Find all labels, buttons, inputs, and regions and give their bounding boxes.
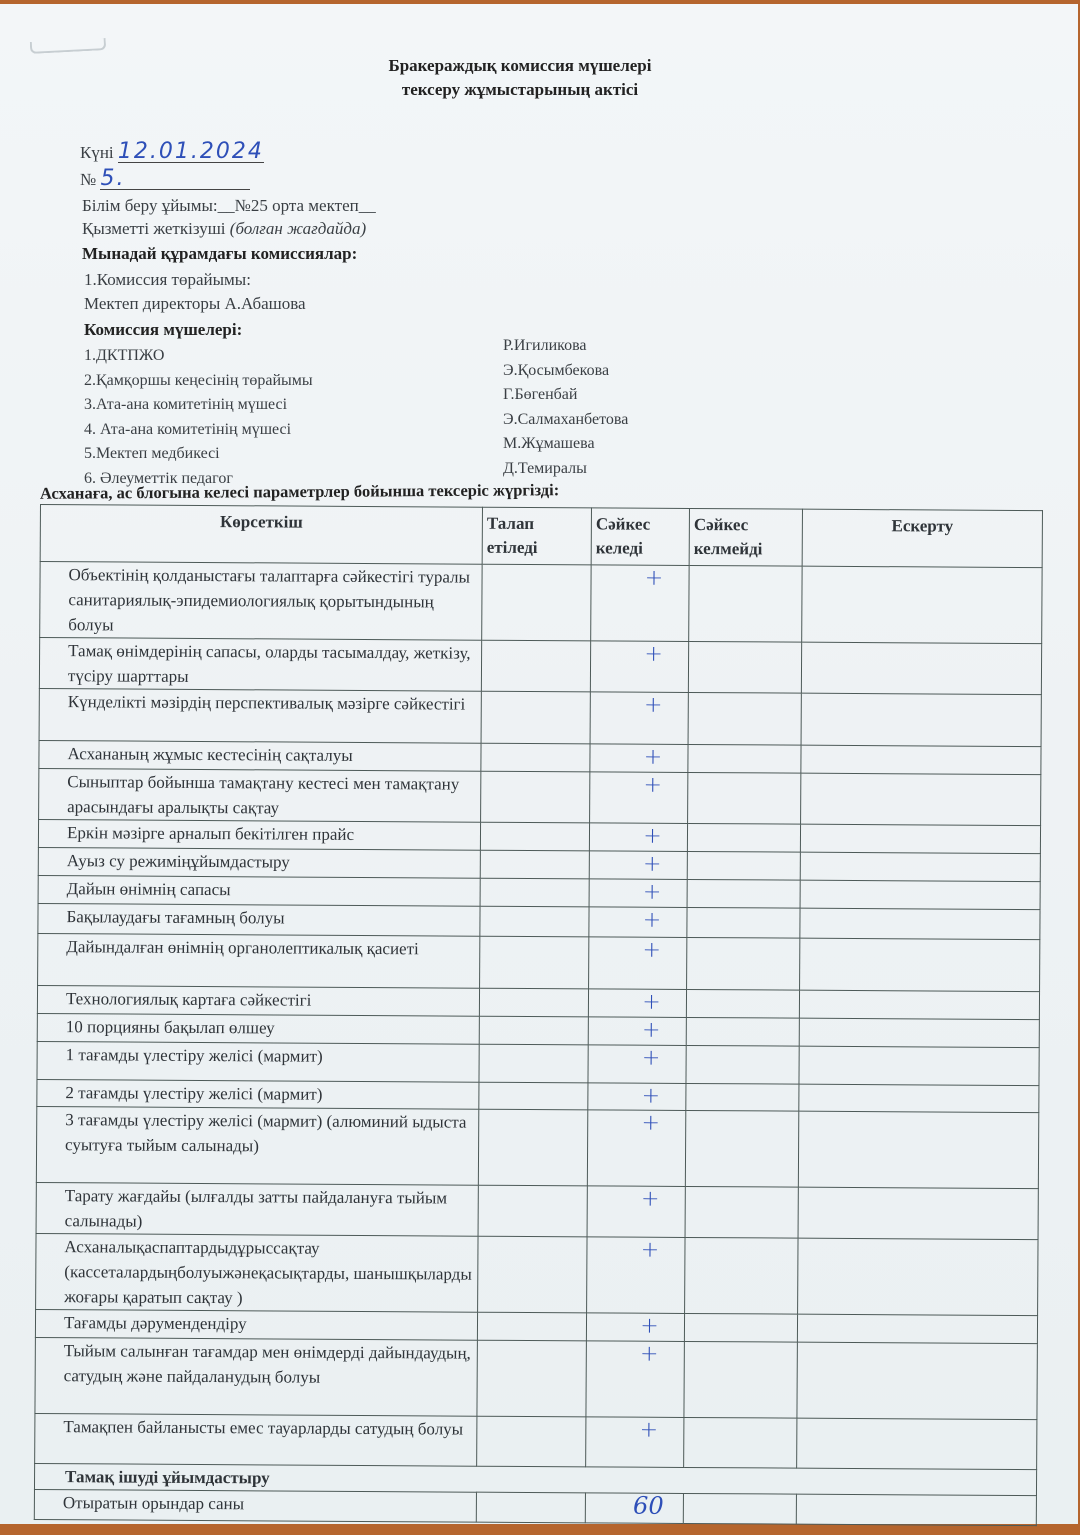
note-cell xyxy=(800,824,1040,853)
indicator-cell-text: 3 тағамды үлестіру желісі (мармит) (алюм… xyxy=(65,1110,466,1155)
number-label: № xyxy=(80,170,96,189)
check-mark: + xyxy=(642,990,661,1015)
note-cell xyxy=(802,566,1042,643)
compliant-cell: + xyxy=(589,879,687,908)
indicator-cell: Асхананың жұмыс кестесінің сақталуы xyxy=(39,740,481,771)
date-field: Күні 12.01.2024 xyxy=(80,142,264,163)
note-cell xyxy=(798,1111,1038,1188)
indicator-cell-text: Технологиялық картаға сәйкестігі xyxy=(66,989,312,1009)
compliant-cell: + xyxy=(588,1045,686,1084)
indicator-cell-text: Дайын өнімнің сапасы xyxy=(67,879,231,899)
compliant-cell: + xyxy=(587,1186,685,1238)
compliant-cell: + xyxy=(591,565,689,642)
member-name: Р.Игиликова xyxy=(503,337,628,362)
table-row: Асханалықаспаптардыдұрыссақтау (кассетал… xyxy=(36,1233,1038,1315)
member-role: 4. Ата-ана комитетінің мүшесі xyxy=(84,421,313,446)
compliant-cell: + xyxy=(590,692,688,745)
noncompliant-cell xyxy=(688,772,801,824)
compliant-cell: + xyxy=(589,907,687,938)
member-role: 5.Мектеп медбикесі xyxy=(84,445,313,470)
noncompliant-cell xyxy=(683,1493,796,1524)
required-cell xyxy=(480,822,589,851)
indicator-cell: Бақылаудағы тағамның болуы xyxy=(38,903,480,936)
noncompliant-cell xyxy=(687,879,800,908)
note-cell xyxy=(800,880,1040,909)
member-name: М.Жұмашева xyxy=(503,435,628,460)
noncompliant-cell xyxy=(687,851,800,880)
check-mark: + xyxy=(644,693,663,718)
table-row: Күнделікті мәзірдің перспективалық мәзір… xyxy=(39,688,1041,746)
indicator-cell: Тарату жағдайы (ылғалды затты пайдалануғ… xyxy=(36,1182,478,1236)
required-cell xyxy=(480,936,589,989)
required-cell xyxy=(478,1109,587,1186)
member-role: 2.Қамқоршы кеңесінің төрайымы xyxy=(84,372,313,397)
note-cell xyxy=(798,1238,1038,1315)
table-row: Сыныптар бойынша тамақтану кестесі мен т… xyxy=(39,768,1041,825)
composition-heading: Мынадай құрамдағы комиссиялар: xyxy=(82,244,357,264)
indicator-cell-text: 10 порцияны бақылап өлшеу xyxy=(66,1017,275,1037)
indicator-cell: Еркін мәзірге арналып бекітілген прайс xyxy=(38,819,480,850)
org-field: Білім беру ұйымы:__№25 орта мектеп__ xyxy=(82,196,376,216)
noncompliant-cell xyxy=(685,1237,798,1314)
note-cell xyxy=(798,1187,1038,1239)
indicator-cell-text: 1 тағамды үлестіру желісі (мармит) xyxy=(66,1045,323,1066)
staple-mark xyxy=(30,38,107,54)
table-header-row: Көрсеткіш Талап етіледі Сәйкес келеді Сә… xyxy=(40,505,1042,568)
required-cell xyxy=(481,640,590,692)
noncompliant-cell xyxy=(684,1341,797,1418)
table-row: Объектінің қолданыстағы талаптарға сәйке… xyxy=(40,562,1042,644)
indicator-cell-text: Тамақ өнімдерінің сапасы, оларды тасымал… xyxy=(68,641,471,686)
inspection-table: Көрсеткіш Талап етіледі Сәйкес келеді Сә… xyxy=(34,504,1043,1526)
note-cell xyxy=(800,908,1040,939)
params-heading: Асханаға, ас блогына келесі параметрлер … xyxy=(40,480,559,504)
note-cell xyxy=(797,1342,1037,1419)
note-cell xyxy=(799,1018,1039,1047)
compliant-cell: + xyxy=(587,1237,685,1314)
indicator-cell-text: Тарату жағдайы (ылғалды затты пайдалануғ… xyxy=(65,1186,448,1230)
noncompliant-cell xyxy=(688,641,801,693)
member-role: 3.Ата-ана комитетінің мүшесі xyxy=(84,396,313,421)
member-role: 1.ДКТПЖО xyxy=(84,347,313,372)
noncompliant-cell xyxy=(688,692,801,745)
compliant-cell: + xyxy=(589,823,687,852)
noncompliant-cell xyxy=(685,1186,798,1238)
provider-field: Қызметті жеткізуші (болған жағдайда) xyxy=(82,219,366,239)
compliant-cell: + xyxy=(588,1083,686,1111)
indicator-cell: Дайындалған өнімнің органолептикалық қас… xyxy=(38,933,480,988)
member-names: Р.Игиликова Э.Қосымбекова Г.Бөгенбай Э.С… xyxy=(503,337,628,484)
indicator-cell-text: Асханалықаспаптардыдұрыссақтау (кассетал… xyxy=(64,1237,472,1307)
indicator-cell-text: Тағамды дәрумендендіру xyxy=(64,1313,247,1333)
table-row: 3 тағамды үлестіру желісі (мармит) (алюм… xyxy=(36,1106,1038,1188)
indicator-cell: 2 тағамды үлестіру желісі (мармит) xyxy=(37,1079,479,1109)
indicator-cell: 10 порцияны бақылап өлшеу xyxy=(37,1013,479,1044)
note-cell xyxy=(800,852,1040,881)
header-noncompliant: Сәйкес келмейді xyxy=(689,508,802,566)
compliant-cell: + xyxy=(586,1341,684,1418)
required-cell xyxy=(481,743,590,772)
table-row: 1 тағамды үлестіру желісі (мармит)+ xyxy=(37,1041,1039,1085)
indicator-cell-text: Дайындалған өнімнің органолептикалық қас… xyxy=(66,937,419,958)
noncompliant-cell xyxy=(686,1083,799,1111)
member-roles: 1.ДКТПЖО 2.Қамқоршы кеңесінің төрайымы 3… xyxy=(84,347,313,494)
document-title-line1: Бракераждық комиссия мүшелері xyxy=(0,56,1040,76)
required-cell xyxy=(479,1016,588,1045)
note-cell xyxy=(801,745,1041,774)
indicator-cell: Күнделікті мәзірдің перспективалық мәзір… xyxy=(39,688,481,743)
header-required: Талап етіледі xyxy=(482,507,591,565)
indicator-cell-text: Күнделікті мәзірдің перспективалық мәзір… xyxy=(68,692,466,713)
member-name: Г.Бөгенбай xyxy=(503,386,628,411)
indicator-cell-text: Сыныптар бойынша тамақтану кестесі мен т… xyxy=(67,772,459,817)
noncompliant-cell xyxy=(685,1110,798,1187)
note-cell xyxy=(801,773,1041,825)
noncompliant-cell xyxy=(686,1045,799,1084)
required-cell xyxy=(477,1312,586,1341)
compliant-cell: + xyxy=(590,641,688,693)
chair-value: Мектеп директоры А.Абашова xyxy=(84,294,306,314)
indicator-cell-text: Тыйым салынған тағамдар мен өнімдерді да… xyxy=(64,1341,471,1387)
indicator-cell: Дайын өнімнің сапасы xyxy=(38,875,480,906)
note-cell xyxy=(800,938,1040,991)
indicator-cell: Объектінің қолданыстағы талаптарға сәйке… xyxy=(40,562,482,641)
table-row: Тарату жағдайы (ылғалды затты пайдалануғ… xyxy=(36,1182,1038,1239)
indicator-cell: Отыратын орындар саны xyxy=(34,1489,476,1522)
compliant-cell: + xyxy=(587,1110,685,1187)
document-title-line2: тексеру жұмыстарының актісі xyxy=(0,80,1040,100)
check-mark: + xyxy=(643,824,662,849)
required-cell xyxy=(479,988,588,1017)
header-compliant: Сәйкес келеді xyxy=(591,508,689,566)
required-cell xyxy=(479,1082,588,1110)
check-mark: + xyxy=(644,642,663,667)
member-name: Э.Салмаханбетова xyxy=(503,411,628,436)
noncompliant-cell xyxy=(687,937,800,990)
noncompliant-cell xyxy=(688,744,801,773)
noncompliant-cell xyxy=(686,1017,799,1046)
check-mark: + xyxy=(642,1018,661,1043)
check-mark: + xyxy=(644,745,663,770)
required-cell xyxy=(476,1492,585,1523)
indicator-cell: 1 тағамды үлестіру желісі (мармит) xyxy=(37,1041,479,1082)
header-indicator: Көрсеткіш xyxy=(40,505,482,565)
compliant-cell: + xyxy=(589,851,687,880)
indicator-cell: Тамақ өнімдерінің сапасы, оларды тасымал… xyxy=(39,638,481,692)
indicator-cell-text: Тамақпен байланысты емес тауарларды сату… xyxy=(63,1417,463,1438)
compliant-cell: + xyxy=(586,1313,684,1342)
indicator-cell-text: 2 тағамды үлестіру желісі (мармит) xyxy=(65,1083,322,1104)
check-mark: + xyxy=(643,852,662,877)
compliant-cell: + xyxy=(586,1417,684,1468)
indicator-cell: Ауыз су режиміңұйымдастыру xyxy=(38,847,480,878)
noncompliant-cell xyxy=(684,1417,797,1468)
indicator-cell: Асханалықаспаптардыдұрыссақтау (кассетал… xyxy=(36,1233,478,1312)
required-cell xyxy=(480,906,589,937)
member-name: Э.Қосымбекова xyxy=(503,362,628,387)
required-cell xyxy=(479,1044,588,1083)
date-value: 12.01.2024 xyxy=(118,142,264,163)
org-value: __№25 орта мектеп__ xyxy=(218,196,376,215)
indicator-cell: 3 тағамды үлестіру желісі (мармит) (алюм… xyxy=(36,1106,478,1185)
noncompliant-cell xyxy=(687,823,800,852)
noncompliant-cell xyxy=(689,565,802,642)
required-cell xyxy=(478,1185,587,1237)
indicator-cell: Тағамды дәрумендендіру xyxy=(35,1309,477,1340)
indicator-cell: Тамақпен байланысты емес тауарларды сату… xyxy=(35,1413,477,1466)
indicator-cell-text: Еркін мәзірге арналып бекітілген прайс xyxy=(67,823,354,844)
check-mark: + xyxy=(641,1187,660,1212)
required-cell xyxy=(481,691,590,744)
number-value: 5. xyxy=(100,169,250,190)
indicator-cell-text: Бақылаудағы тағамның болуы xyxy=(66,907,284,927)
compliant-cell: + xyxy=(588,1017,686,1046)
check-mark: + xyxy=(642,938,661,963)
table-row: Тыйым салынған тағамдар мен өнімдерді да… xyxy=(35,1337,1037,1419)
required-cell xyxy=(480,878,589,907)
table-row: Тамақ өнімдерінің сапасы, оларды тасымал… xyxy=(39,638,1041,695)
note-cell xyxy=(799,990,1039,1019)
provider-note: (болған жағдайда) xyxy=(230,219,366,238)
compliant-cell: + xyxy=(590,744,688,773)
document-page: Бракераждық комиссия мүшелері тексеру жұ… xyxy=(0,4,1078,1524)
check-mark: + xyxy=(640,1314,659,1339)
check-mark: + xyxy=(643,908,662,933)
check-mark: + xyxy=(640,1342,659,1367)
check-mark: + xyxy=(641,1111,660,1136)
check-mark: + xyxy=(643,773,662,798)
check-mark: + xyxy=(645,566,664,591)
table-row: Тамақпен байланысты емес тауарларды сату… xyxy=(35,1413,1037,1469)
check-mark: + xyxy=(642,1046,661,1071)
seat-count-value: 60 xyxy=(633,1492,664,1520)
compliant-cell: + xyxy=(590,772,688,824)
org-label: Білім беру ұйымы: xyxy=(82,196,218,215)
indicator-cell: Сыныптар бойынша тамақтану кестесі мен т… xyxy=(39,768,481,822)
check-mark: + xyxy=(641,1238,660,1263)
number-field: № 5. xyxy=(80,169,250,190)
note-cell xyxy=(797,1314,1037,1343)
date-label: Күні xyxy=(80,143,114,162)
indicator-cell: Тыйым салынған тағамдар мен өнімдерді да… xyxy=(35,1337,477,1416)
noncompliant-cell xyxy=(687,907,800,938)
note-cell xyxy=(801,693,1041,746)
noncompliant-cell xyxy=(684,1313,797,1342)
required-cell xyxy=(482,564,591,641)
note-cell xyxy=(796,1494,1036,1525)
note-cell xyxy=(799,1046,1039,1085)
required-cell xyxy=(481,771,590,823)
note-cell xyxy=(797,1418,1037,1469)
required-cell xyxy=(478,1236,587,1313)
compliant-cell: 60 xyxy=(585,1493,683,1524)
compliant-cell: + xyxy=(589,937,687,990)
table-row: Дайындалған өнімнің органолептикалық қас… xyxy=(38,933,1040,991)
table-row: Отыратын орындар саны60 xyxy=(34,1489,1036,1525)
members-heading: Комиссия мүшелері: xyxy=(84,320,242,340)
required-cell xyxy=(477,1416,586,1467)
check-mark: + xyxy=(640,1418,659,1443)
indicator-cell-text: Отыратын орындар саны xyxy=(63,1493,244,1513)
indicator-cell: Технологиялық картаға сәйкестігі xyxy=(37,985,479,1016)
check-mark: + xyxy=(642,1084,661,1109)
check-mark: + xyxy=(643,880,662,905)
section-heading: Тамақ ішуді ұйымдастыру xyxy=(65,1467,270,1487)
indicator-cell-text: Ауыз су режиміңұйымдастыру xyxy=(67,851,290,871)
compliant-cell: + xyxy=(588,989,686,1018)
header-note: Ескерту xyxy=(802,509,1042,567)
indicator-cell-text: Асхананың жұмыс кестесінің сақталуы xyxy=(67,744,352,765)
chair-label: 1.Комиссия төрайымы: xyxy=(84,270,251,290)
required-cell xyxy=(480,850,589,879)
required-cell xyxy=(477,1340,586,1417)
table-body: Объектінің қолданыстағы талаптарға сәйке… xyxy=(34,562,1042,1526)
note-cell xyxy=(799,1084,1039,1112)
indicator-cell-text: Объектінің қолданыстағы талаптарға сәйке… xyxy=(68,565,470,634)
provider-label: Қызметті жеткізуші xyxy=(82,219,226,238)
noncompliant-cell xyxy=(686,989,799,1018)
note-cell xyxy=(801,642,1041,694)
